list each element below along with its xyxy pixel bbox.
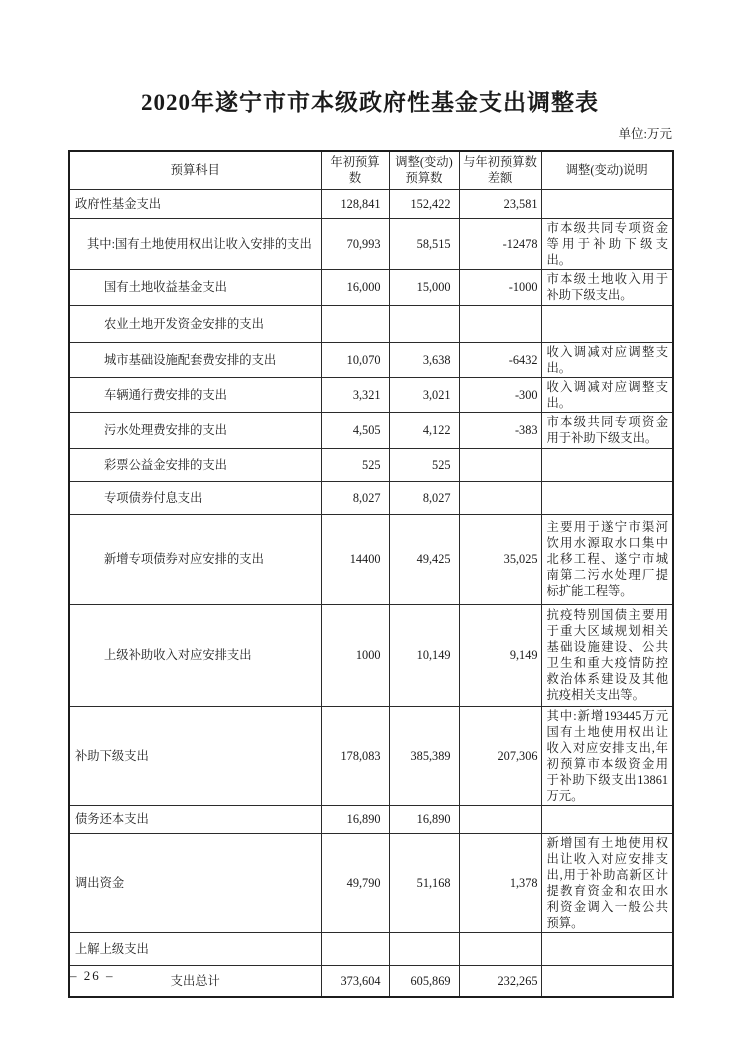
cell-initial: 3,321 [321,377,389,412]
cell-subject: 上级补助收入对应安排支出 [69,604,321,706]
cell-note: 新增国有土地使用权出让收入对应安排支出,用于补助高新区计提教育资金和农田水利资金… [541,833,673,932]
cell-subject: 新增专项债券对应安排的支出 [69,514,321,604]
table-row: 城市基础设施配套费安排的支出 10,070 3,638 -6432 收入调减对应… [69,342,673,377]
cell-subject: 车辆通行费安排的支出 [69,377,321,412]
cell-initial: 525 [321,448,389,481]
cell-note: 市本级共同专项资金等用于补助下级支出。 [541,218,673,269]
page-number: – 26 – [70,968,115,984]
table-row: 农业土地开发资金安排的支出 [69,305,673,342]
cell-subject: 农业土地开发资金安排的支出 [69,305,321,342]
cell-subject: 上解上级支出 [69,932,321,965]
cell-adjusted: 3,638 [389,342,459,377]
table-row: 上级补助收入对应安排支出 1000 10,149 9,149 抗疫特别国债主要用… [69,604,673,706]
cell-initial [321,305,389,342]
cell-diff [459,805,541,833]
cell-note [541,805,673,833]
unit-label: 单位:万元 [619,124,672,142]
cell-note [541,305,673,342]
cell-adjusted: 385,389 [389,706,459,805]
cell-initial: 8,027 [321,481,389,514]
cell-diff: 207,306 [459,706,541,805]
table-row: 污水处理费安排的支出 4,505 4,122 -383 市本级共同专项资金用于补… [69,412,673,448]
cell-diff [459,481,541,514]
cell-note: 市本级土地收入用于补助下级支出。 [541,269,673,305]
cell-note: 其中:新增193445万元国有土地使用权出让收入对应安排支出,年初预算市本级资金… [541,706,673,805]
table-row: 补助下级支出 178,083 385,389 207,306 其中:新增1934… [69,706,673,805]
cell-subject: 彩票公益金安排的支出 [69,448,321,481]
table-row: 车辆通行费安排的支出 3,321 3,021 -300 收入调减对应调整支出。 [69,377,673,412]
cell-diff: 23,581 [459,189,541,218]
cell-diff: -300 [459,377,541,412]
header-difference: 与年初预算数 差额 [459,151,541,189]
cell-subject: 其中:国有土地使用权出让收入安排的支出 [69,218,321,269]
cell-adjusted: 525 [389,448,459,481]
cell-adjusted: 16,890 [389,805,459,833]
table-row: 上解上级支出 [69,932,673,965]
cell-adjusted [389,932,459,965]
table-row: 债务还本支出 16,890 16,890 [69,805,673,833]
cell-adjusted: 15,000 [389,269,459,305]
cell-initial: 373,604 [321,965,389,997]
table-row-total: 支出总计 373,604 605,869 232,265 [69,965,673,997]
cell-diff: -6432 [459,342,541,377]
budget-adjustment-table: 预算科目 年初预算数 调整(变动) 预算数 与年初预算数 差额 调整(变动)说明… [68,150,674,998]
page-title: 2020年遂宁市市本级政府性基金支出调整表 [0,84,740,117]
cell-diff: -12478 [459,218,541,269]
cell-note: 收入调减对应调整支出。 [541,377,673,412]
cell-subject: 补助下级支出 [69,706,321,805]
table-row: 专项债券付息支出 8,027 8,027 [69,481,673,514]
table-row: 调出资金 49,790 51,168 1,378 新增国有土地使用权出让收入对应… [69,833,673,932]
header-initial-budget: 年初预算数 [321,151,389,189]
header-note: 调整(变动)说明 [541,151,673,189]
cell-initial [321,932,389,965]
cell-initial: 16,000 [321,269,389,305]
cell-adjusted: 4,122 [389,412,459,448]
cell-note [541,189,673,218]
cell-subject: 污水处理费安排的支出 [69,412,321,448]
cell-initial: 128,841 [321,189,389,218]
cell-adjusted: 152,422 [389,189,459,218]
cell-adjusted: 8,027 [389,481,459,514]
cell-note [541,448,673,481]
cell-diff: -383 [459,412,541,448]
table-header-row: 预算科目 年初预算数 调整(变动) 预算数 与年初预算数 差额 调整(变动)说明 [69,151,673,189]
cell-subject: 城市基础设施配套费安排的支出 [69,342,321,377]
cell-adjusted: 3,021 [389,377,459,412]
table-row: 其中:国有土地使用权出让收入安排的支出 70,993 58,515 -12478… [69,218,673,269]
cell-adjusted: 51,168 [389,833,459,932]
header-adjusted-budget: 调整(变动) 预算数 [389,151,459,189]
cell-adjusted: 58,515 [389,218,459,269]
cell-subject: 专项债券付息支出 [69,481,321,514]
cell-initial: 10,070 [321,342,389,377]
cell-initial: 4,505 [321,412,389,448]
cell-initial: 70,993 [321,218,389,269]
table-row: 政府性基金支出 128,841 152,422 23,581 [69,189,673,218]
cell-adjusted [389,305,459,342]
cell-adjusted: 605,869 [389,965,459,997]
cell-initial: 1000 [321,604,389,706]
cell-diff: -1000 [459,269,541,305]
cell-diff: 1,378 [459,833,541,932]
cell-initial: 178,083 [321,706,389,805]
cell-diff: 35,025 [459,514,541,604]
cell-note: 市本级共同专项资金用于补助下级支出。 [541,412,673,448]
cell-note [541,932,673,965]
cell-subject: 债务还本支出 [69,805,321,833]
cell-subject: 调出资金 [69,833,321,932]
cell-diff [459,932,541,965]
table-row: 彩票公益金安排的支出 525 525 [69,448,673,481]
cell-diff: 9,149 [459,604,541,706]
cell-note: 收入调减对应调整支出。 [541,342,673,377]
cell-diff: 232,265 [459,965,541,997]
cell-note [541,965,673,997]
cell-diff [459,448,541,481]
cell-adjusted: 49,425 [389,514,459,604]
table-row: 新增专项债券对应安排的支出 14400 49,425 35,025 主要用于遂宁… [69,514,673,604]
table-row: 国有土地收益基金支出 16,000 15,000 -1000 市本级土地收入用于… [69,269,673,305]
document-page: 2020年遂宁市市本级政府性基金支出调整表 单位:万元 预算科目 年初预算数 调… [0,0,740,1043]
cell-initial: 16,890 [321,805,389,833]
cell-initial: 49,790 [321,833,389,932]
header-subject: 预算科目 [69,151,321,189]
cell-diff [459,305,541,342]
cell-adjusted: 10,149 [389,604,459,706]
cell-note: 抗疫特别国债主要用于重大区域规划相关基础设施建设、公共卫生和重大疫情防控救治体系… [541,604,673,706]
cell-note [541,481,673,514]
cell-subject: 政府性基金支出 [69,189,321,218]
cell-subject: 国有土地收益基金支出 [69,269,321,305]
cell-note: 主要用于遂宁市渠河饮用水源取水口集中北移工程、遂宁市城南第二污水处理厂提标扩能工… [541,514,673,604]
cell-initial: 14400 [321,514,389,604]
